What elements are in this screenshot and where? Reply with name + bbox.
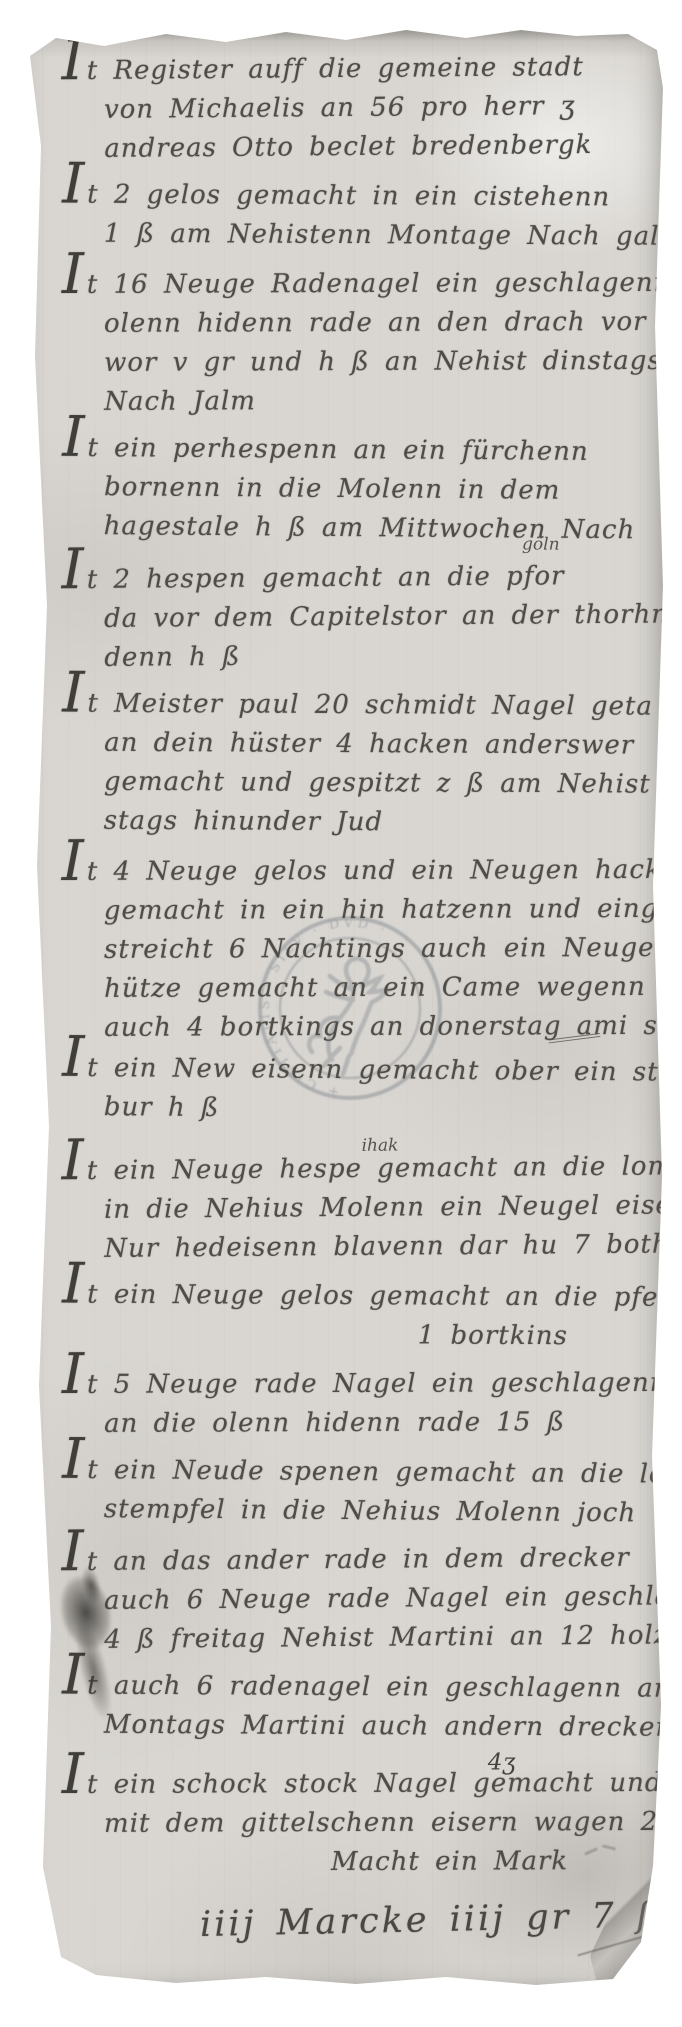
pencil-scribble — [582, 1844, 622, 1866]
manuscript-line: It 5 Neuge rade Nagel ein geschlagenn — [62, 1364, 624, 1405]
sum-total-line: iiij Marcke iiij gr 7 ß — [158, 1897, 625, 1946]
register-entry: It Meister paul 20 schmidt Nagel getaan … — [62, 685, 625, 844]
manuscript-line: gemacht in ein hin hatzenn und einge — [62, 890, 624, 931]
manuscript-line: It ein New eisenn gemacht ober ein stods — [62, 1049, 624, 1092]
manuscript-line: It ein perhespenn an ein fürchenn — [62, 429, 624, 472]
manuscript-line: It Register auff die gemeine stadt — [62, 48, 624, 91]
manuscript-line: stags hinunder Jud — [62, 802, 624, 844]
register-entry: It 16 Neuge Radenagel ein geschlagenn in… — [62, 264, 625, 422]
manuscript-line: denn h ß — [62, 635, 624, 678]
manuscript-line: It 2 gelos gemacht in ein cistehenn — [62, 176, 624, 218]
manuscript-line: It an das ander rade in dem drecker — [62, 1539, 624, 1582]
manuscript-line: in die Nehius Molenn ein Neugel eisenn — [62, 1187, 624, 1230]
register-entry: 4ʒIt ein schock stock Nagel gemacht und … — [62, 1755, 624, 1883]
manuscript-line: It ein schock stock Nagel gemacht und ge… — [62, 1764, 624, 1805]
amount-note: 1 bortkins — [62, 1315, 624, 1357]
manuscript-line: streicht 6 Nachtings auch ein Neuge — [62, 929, 624, 970]
manuscript-scan: + CIVITATIS · SILV · DVD · It Register a… — [0, 0, 682, 2027]
manuscript-line: It ein Neuge hespe gemacht an die lomek — [62, 1148, 624, 1191]
register-entry: It 2 hespen gemacht an die pforda vor de… — [62, 557, 625, 678]
manuscript-line: 1 ß am Nehistenn Montage Nach galm — [62, 215, 624, 257]
manuscript-page: + CIVITATIS · SILV · DVD · It Register a… — [16, 26, 664, 1992]
manuscript-line: stempfel in die Nehius Molenn joch — [62, 1490, 624, 1533]
manuscript-line: gemacht und gespitzt z ß am Nehist doner — [62, 763, 624, 805]
manuscript-line: It 2 hespen gemacht an die pfor — [62, 557, 624, 600]
manuscript-line: bornenn in die Molenn in dem — [62, 468, 624, 511]
manuscript-line: andreas Otto beclet bredenbergk — [62, 126, 624, 169]
manuscript-line: It Meister paul 20 schmidt Nagel geta — [62, 685, 624, 727]
manuscript-line: an dein hüster 4 hacken anderswer — [62, 724, 624, 766]
manuscript-line: It ein Neuge gelos gemacht an die pfenba… — [62, 1276, 624, 1318]
register-entry: It 2 gelos gemacht in ein cistehenn1 ß a… — [62, 176, 624, 257]
manuscript-line: It 16 Neuge Radenagel ein geschlagenn in — [62, 264, 624, 305]
register-entry: It ein New eisenn gemacht ober ein stods… — [62, 1049, 625, 1131]
manuscript-line: iiij Marcke iiij gr 7 ß — [158, 1897, 625, 1946]
register-entry: ihakIt ein Neuge hespe gemacht an die lo… — [62, 1137, 625, 1269]
manuscript-line: bur h ß — [62, 1088, 624, 1131]
register-entry: It 5 Neuge rade Nagel ein geschlagennan … — [62, 1364, 624, 1444]
manuscript-line: olenn hidenn rade an den drach vor — [62, 303, 624, 344]
manuscript-line: It 4 Neuge gelos und ein Neugen hacken — [62, 851, 624, 892]
manuscript-line: von Michaelis an 56 pro herr ʒ — [62, 87, 624, 130]
manuscript-line: da vor dem Capitelstor an der thorhn — [62, 596, 624, 639]
manuscript-line: Nur hedeisenn blavenn dar hu 7 both — [62, 1226, 624, 1269]
register-entry: It ein Neuge gelos gemacht an die pfenba… — [62, 1276, 624, 1357]
register-entry: It 4 Neuge gelos und ein Neugen hackenge… — [62, 851, 625, 1042]
manuscript-line: It ein Neude spenen gemacht an die lo — [62, 1451, 624, 1494]
manuscript-line: hütze gemacht an ein Came wegenn — [62, 968, 624, 1009]
manuscript-line: auch 4 bortkings an donerstag ami sanct — [62, 1007, 624, 1048]
register-entry: It ein perhespenn an ein fürchennbornenn… — [62, 429, 625, 553]
register-entry: It an das ander rade in dem dreckerauch … — [62, 1539, 625, 1660]
register-entry: It ein Neude spenen gemacht an die loste… — [62, 1451, 625, 1533]
amount-note: Macht ein Mark — [62, 1842, 624, 1883]
manuscript-line: Nach Jalm — [62, 381, 624, 422]
register-entry: It Register auff die gemeine stadtvon Mi… — [62, 48, 625, 169]
manuscript-line: an die olenn hidenn rade 15 ß — [62, 1403, 624, 1444]
manuscript-line: 4 ß freitag Nehist Martini an 12 holzwoc… — [62, 1617, 624, 1660]
manuscript-line: auch 6 Neuge rade Nagel ein geschlagenn — [62, 1578, 624, 1621]
manuscript-line: wor v gr und h ß an Nehist dinstags — [62, 342, 624, 383]
manuscript-line: mit dem gittelschenn eisern wagen 2 ß — [62, 1803, 624, 1844]
